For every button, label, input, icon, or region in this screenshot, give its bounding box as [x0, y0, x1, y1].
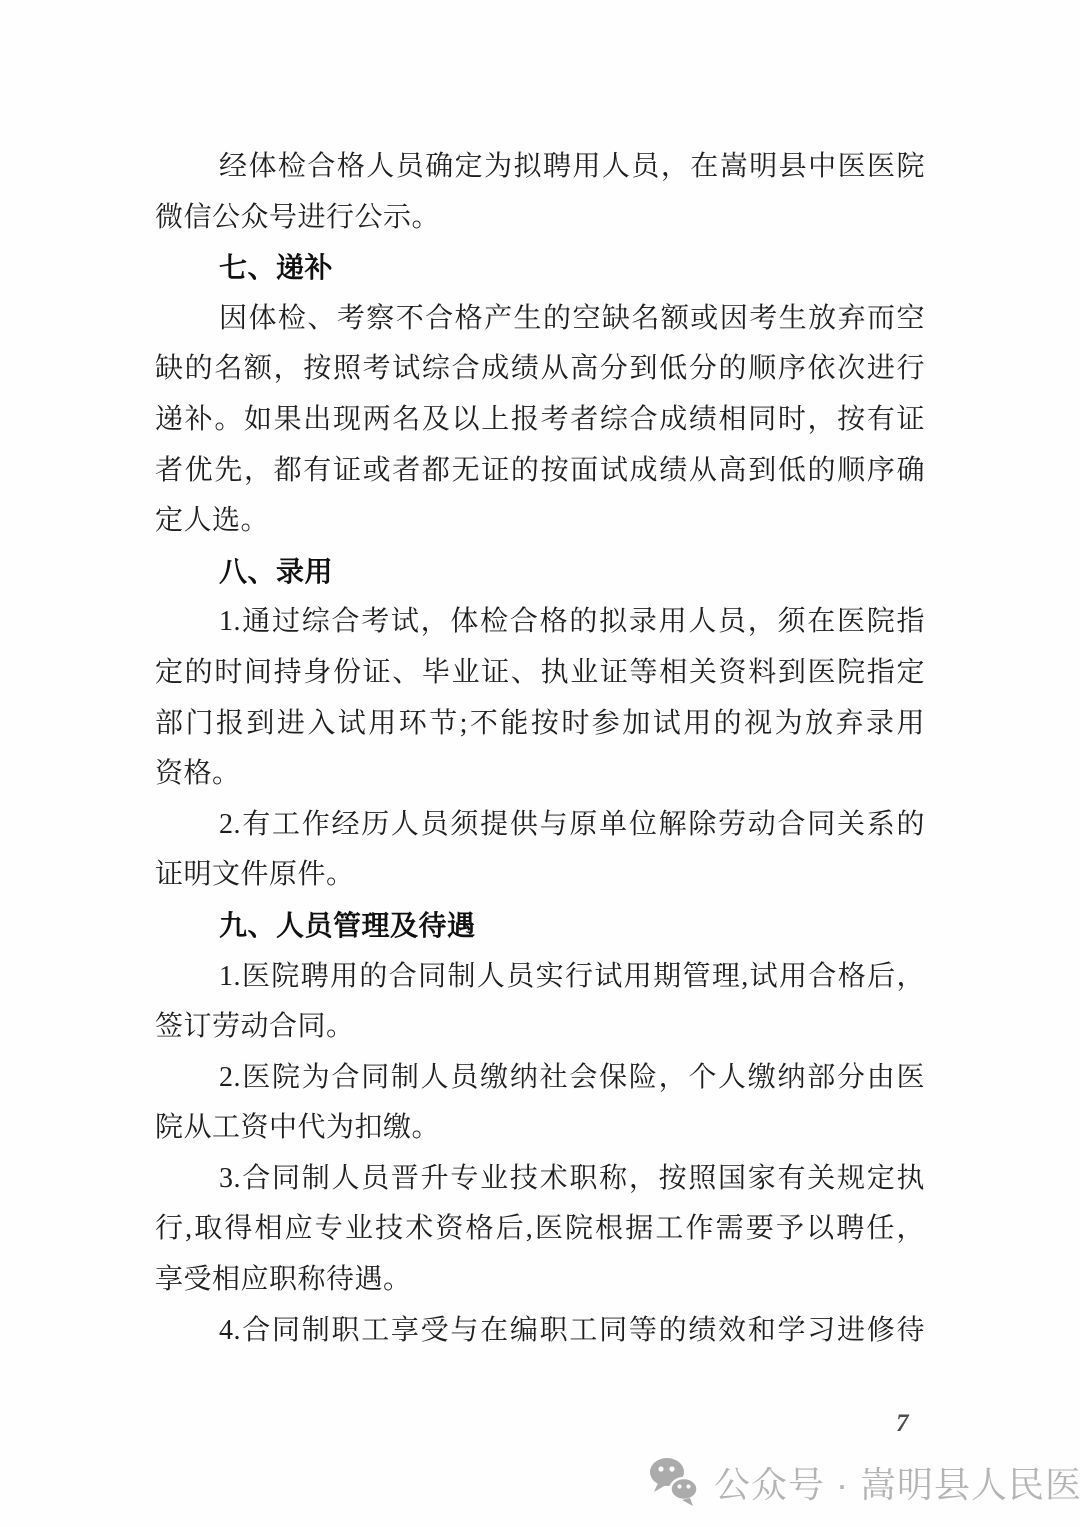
document-body: 经体检合格人员确定为拟聘用人员，在嵩明县中医医院 微信公众号进行公示。 七、递补… — [155, 142, 925, 1356]
wechat-watermark: 公众号 · 嵩明县人民医院 — [648, 1456, 1080, 1508]
paragraph-line: 递补。如果出现两名及以上报考者综合成绩相同时，按有证 — [155, 395, 925, 446]
paragraph-line: 1.通过综合考试，体检合格的拟录用人员，须在医院指 — [155, 597, 925, 648]
paragraph-line: 2.有工作经历人员须提供与原单位解除劳动合同关系的 — [155, 800, 925, 851]
paragraph-line: 2.医院为合同制人员缴纳社会保险，个人缴纳部分由医 — [155, 1053, 925, 1104]
wechat-logo-icon — [648, 1456, 700, 1508]
paragraph-line: 4.合同制职工享受与在编职工同等的绩效和学习进修待 — [155, 1306, 925, 1357]
paragraph-line: 者优先，都有证或者都无证的按面试成绩从高到低的顺序确 — [155, 446, 925, 497]
paragraph-line: 缺的名额，按照考试综合成绩从高分到低分的顺序依次进行 — [155, 344, 925, 395]
paragraph-line: 定的时间持身份证、毕业证、执业证等相关资料到医院指定 — [155, 648, 925, 699]
paragraph-line: 证明文件原件。 — [155, 850, 925, 901]
paragraph-line: 3.合同制人员晋升专业技术职称，按照国家有关规定执 — [155, 1154, 925, 1205]
document-page: 经体检合格人员确定为拟聘用人员，在嵩明县中医医院 微信公众号进行公示。 七、递补… — [0, 0, 1080, 1527]
page-number: 7 — [896, 1410, 946, 1438]
paragraph-line: 资格。 — [155, 749, 925, 800]
paragraph-line: 院从工资中代为扣缴。 — [155, 1103, 925, 1154]
paragraph-line: 1.医院聘用的合同制人员实行试用期管理,试用合格后， — [155, 952, 925, 1003]
paragraph-line: 因体检、考察不合格产生的空缺名额或因考生放弃而空 — [155, 294, 925, 345]
paragraph-line: 经体检合格人员确定为拟聘用人员，在嵩明县中医医院 — [155, 142, 925, 193]
section-heading-7: 七、递补 — [155, 243, 925, 294]
watermark-label: 公众号 · 嵩明县人民医院 — [714, 1457, 1080, 1508]
paragraph-line: 行,取得相应专业技术资格后,医院根据工作需要予以聘任， — [155, 1204, 925, 1255]
section-heading-9: 九、人员管理及待遇 — [155, 901, 925, 952]
section-heading-8: 八、录用 — [155, 547, 925, 598]
paragraph-line: 部门报到进入试用环节;不能按时参加试用的视为放弃录用 — [155, 699, 925, 750]
paragraph-line: 享受相应职称待遇。 — [155, 1255, 925, 1306]
paragraph-line: 定人选。 — [155, 496, 925, 547]
paragraph-line: 微信公众号进行公示。 — [155, 193, 925, 244]
paragraph-line: 签订劳动合同。 — [155, 1002, 925, 1053]
